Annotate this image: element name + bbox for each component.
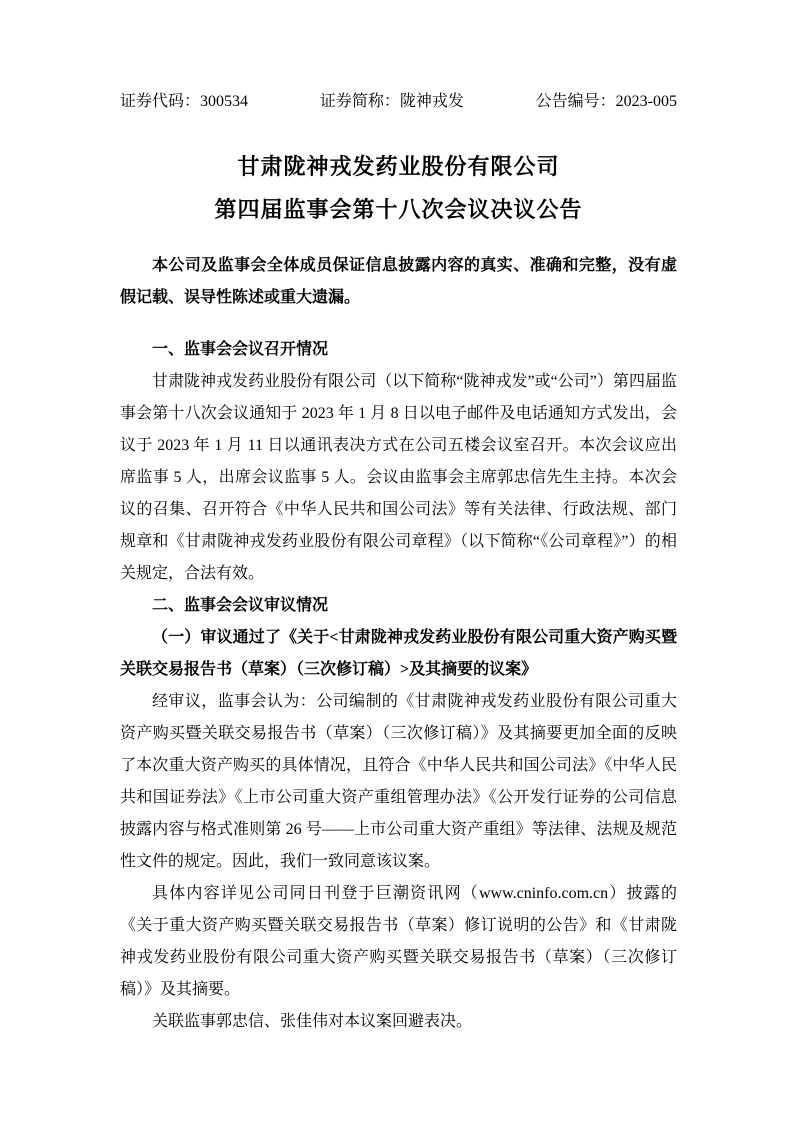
- disclosure-guarantee-notice: 本公司及监事会全体成员保证信息披露内容的真实、准确和完整，没有虚假记载、误导性陈…: [120, 250, 677, 314]
- section-1-heading: 一、监事会会议召开情况: [120, 334, 677, 366]
- item-1-review-opinion-paragraph: 经审议，监事会认为：公司编制的《甘肃陇神戎发药业股份有限公司重大资产购买暨关联交…: [120, 686, 677, 878]
- announcement-number-label: 公告编号：2023-005: [536, 86, 677, 118]
- announcement-document-page: 证券代码：300534 证券简称：陇神戎发 公告编号：2023-005 甘肃陇神…: [0, 0, 793, 1122]
- securities-header-row: 证券代码：300534 证券简称：陇神戎发 公告编号：2023-005: [120, 86, 677, 118]
- stock-code-label: 证券代码：300534: [120, 86, 248, 118]
- section-1-paragraph-meeting-convening: 甘肃陇神戎发药业股份有限公司（以下简称“陇神戎发”或“公司”）第四届监事会第十八…: [120, 366, 677, 590]
- stock-name-label: 证券简称：陇神戎发: [320, 86, 464, 118]
- item-1-disclosure-reference-paragraph: 具体内容详见公司同日刊登于巨潮资讯网（www.cninfo.com.cn）披露的…: [120, 878, 677, 1006]
- item-1-proposal-heading: （一）审议通过了《关于<甘肃陇神戎发药业股份有限公司重大资产购买暨关联交易报告书…: [120, 622, 677, 686]
- section-2-heading: 二、监事会会议审议情况: [120, 590, 677, 622]
- company-name-title: 甘肃陇神戎发药业股份有限公司: [120, 145, 677, 188]
- item-1-recusal-paragraph: 关联监事郭忠信、张佳伟对本议案回避表决。: [120, 1006, 677, 1038]
- meeting-resolution-title: 第四届监事会第十八次会议决议公告: [120, 188, 677, 231]
